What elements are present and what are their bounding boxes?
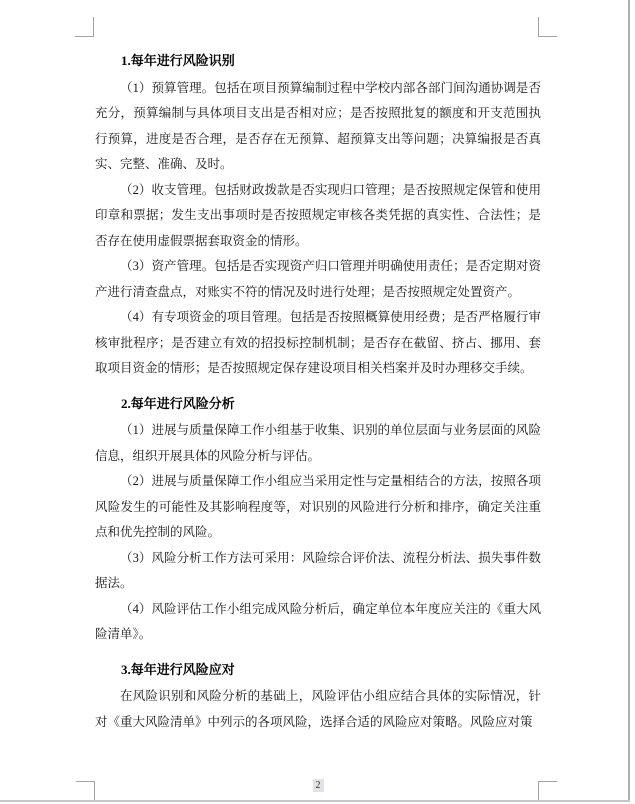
paragraph-analysis-methods: （3）风险分析工作方法可采用：风险综合评价法、流程分析法、损失事件数据法。 — [95, 546, 541, 597]
page-edge-bottom — [0, 800, 630, 802]
paragraph-special-fund-project-management: （4）有专项资金的项目管理。包括是否按照概算使用经费；是否严格履行审核审批程序；… — [95, 305, 541, 382]
document-body[interactable]: 1.每年进行风险识别 （1）预算管理。包括在项目预算编制过程中学校内部各部门间沟… — [95, 48, 541, 735]
paragraph-revenue-expenditure-management: （2）收支管理。包括财政拨款是否实现归口管理；是否按照规定保管和使用印章和票据；… — [95, 178, 541, 255]
paragraph-risk-response-strategy: 在风险识别和风险分析的基础上，风险评估小组应结合具体的实际情况，针对《重大风险清… — [95, 684, 541, 735]
crop-mark-top-left-icon — [75, 17, 94, 37]
paragraph-risk-info-collection: （1）进展与质量保障工作小组基于收集、识别的单位层面与业务层面的风险信息，组织开… — [95, 418, 541, 469]
paragraph-budget-management: （1）预算管理。包括在项目预算编制过程中学校内部各部门间沟通协调是否充分，预算编… — [95, 76, 541, 178]
section-heading-risk-analysis: 2.每年进行风险分析 — [95, 391, 541, 417]
paragraph-asset-management: （3）资产管理。包括是否实现资产归口管理并明确使用责任；是否定期对资产进行清查盘… — [95, 254, 541, 305]
page-number: 2 — [313, 779, 324, 792]
section-heading-risk-identification: 1.每年进行风险识别 — [95, 48, 541, 74]
paragraph-major-risk-list: （4）风险评估工作小组完成风险分析后，确定单位本年度应关注的《重大风险清单》。 — [95, 597, 541, 648]
crop-mark-top-right-icon — [538, 17, 557, 37]
document-page: 1.每年进行风险识别 （1）预算管理。包括在项目预算编制过程中学校内部各部门间沟… — [0, 0, 635, 804]
paragraph-qualitative-quantitative-method: （2）进展与质量保障工作小组应当采用定性与定量相结合的方法，按照各项风险发生的可… — [95, 469, 541, 546]
page-edge-right — [628, 0, 630, 801]
page-footer: 2 — [95, 775, 541, 793]
section-heading-risk-response: 3.每年进行风险应对 — [95, 657, 541, 683]
crop-mark-bottom-left-icon — [76, 781, 95, 801]
